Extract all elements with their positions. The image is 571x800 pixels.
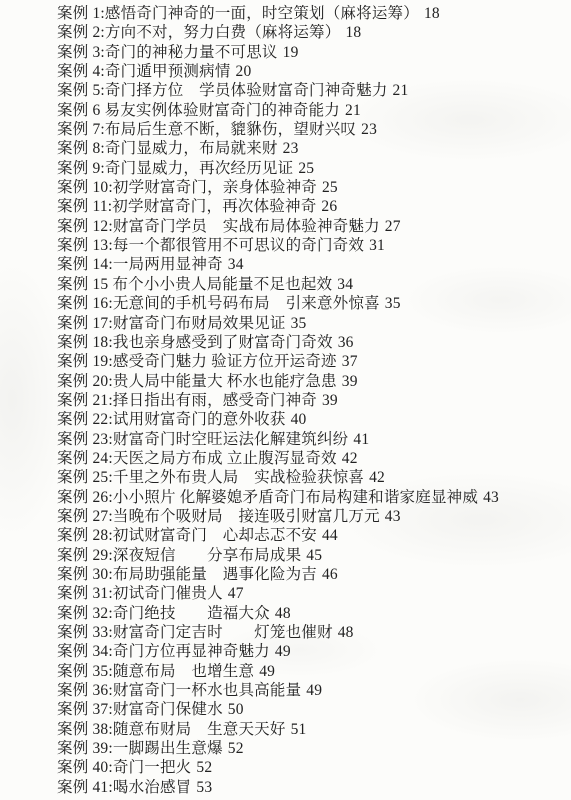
toc-page-number: 34: [337, 276, 353, 293]
toc-entry-label: 案例 37:财富奇门保健水: [57, 701, 223, 718]
toc-entry: 案例 33:财富奇门定吉时 灯笼也催财48: [57, 623, 561, 642]
toc-page-number: 42: [369, 469, 385, 486]
toc-entry-label: 案例 33:财富奇门定吉时 灯笼也催财: [57, 624, 333, 641]
toc-entry: 案例 15 布个小小贵人局能量不足也起效34: [57, 275, 561, 294]
toc-entry-label: 案例 8:奇门显威力，布局就来财: [57, 140, 278, 157]
toc-entry-label: 案例 7:布局后生意不断，貔貅伤，望财兴叹: [57, 121, 356, 138]
toc-entry: 案例 35:随意布局 也增生意49: [57, 662, 561, 681]
toc-entry: 案例 19:感受奇门魅力 验证方位开运奇迹37: [57, 352, 561, 371]
toc-entry: 案例 30:布局助强能量 遇事化险为吉46: [57, 565, 561, 584]
toc-page-number: 41: [353, 431, 369, 448]
toc-entry-label: 案例 6 易友实例体验财富奇门的神奇能力: [57, 102, 340, 119]
toc-entry: 案例 5:奇门择方位 学员体验财富奇门神奇魅力21: [57, 81, 561, 100]
toc-entry: 案例 20:贵人局中能量大 杯水也能疗急患39: [57, 372, 561, 391]
toc-entry: 案例 17:财富奇门布财局效果见证35: [57, 314, 561, 333]
toc-page-number: 48: [338, 624, 354, 641]
toc-entry-label: 案例 16:无意间的手机号码布局 引来意外惊喜: [57, 295, 380, 312]
toc-page-number: 20: [236, 63, 252, 80]
toc-page-number: 25: [298, 160, 314, 177]
toc-entry-label: 案例 34:奇门方位再显神奇魅力: [57, 643, 270, 660]
toc-page-number: 31: [369, 237, 385, 254]
toc-entry: 案例 25:千里之外布贵人局 实战检验获惊喜42: [57, 468, 561, 487]
toc-entry-label: 案例 5:奇门择方位 学员体验财富奇门神奇魅力: [57, 82, 388, 99]
toc-entry: 案例 6 易友实例体验财富奇门的神奇能力21: [57, 101, 561, 120]
toc-page-number: 49: [306, 682, 322, 699]
toc-entry-label: 案例 30:布局助强能量 遇事化险为吉: [57, 566, 317, 583]
toc-page-number: 34: [228, 256, 244, 273]
toc-entry: 案例 38:随意布财局 生意天天好51: [57, 720, 561, 739]
toc-entry-label: 案例 23:财富奇门时空旺运法化解建筑纠纷: [57, 431, 348, 448]
toc-page-number: 40: [291, 411, 307, 428]
toc-entry: 案例 40:奇门一把火52: [57, 758, 561, 777]
toc-page-number: 21: [393, 82, 409, 99]
toc-entry: 案例 26:小小照片 化解婆媳矛盾奇门布局构建和谐家庭显神威43: [57, 488, 561, 507]
toc-entry-label: 案例 17:财富奇门布财局效果见证: [57, 315, 286, 332]
toc-entry-label: 案例 31:初试奇门催贵人: [57, 585, 223, 602]
toc-entry-label: 案例 15 布个小小贵人局能量不足也起效: [57, 276, 332, 293]
toc-page-number: 53: [196, 779, 212, 796]
toc-entry-label: 案例 41:喝水治感冒: [57, 779, 191, 796]
toc-entry: 案例 27:当晚布个吸财局 接连吸引财富几万元43: [57, 507, 561, 526]
toc-entry-label: 案例 14:一局两用显神奇: [57, 256, 223, 273]
toc-entry: 案例 29:深夜短信 分享布局成果45: [57, 546, 561, 565]
toc-entry: 案例 32:奇门绝技 造福大众48: [57, 604, 561, 623]
toc-entry: 案例 7:布局后生意不断，貔貅伤，望财兴叹23: [57, 120, 561, 139]
document-page: 案例 1:感悟奇门神奇的一面，时空策划（麻将运筹）18 案例 2:方向不对，努力…: [0, 0, 571, 800]
toc-entry-label: 案例 20:贵人局中能量大 杯水也能疗急患: [57, 373, 337, 390]
toc-entry-label: 案例 2:方向不对，努力白费（麻将运筹）: [57, 24, 340, 41]
toc-entry-label: 案例 39:一脚踢出生意爆: [57, 740, 223, 757]
toc-entry-label: 案例 1:感悟奇门神奇的一面，时空策划（麻将运筹）: [57, 5, 419, 22]
toc-page-number: 48: [275, 605, 291, 622]
toc-page-number: 18: [424, 5, 440, 22]
toc-entry: 案例 37:财富奇门保健水50: [57, 700, 561, 719]
toc-entry: 案例 10:初学财富奇门，亲身体验神奇25: [57, 178, 561, 197]
toc-entry-label: 案例 13:每一个都很管用不可思议的奇门奇效: [57, 237, 364, 254]
toc-page-number: 46: [322, 566, 338, 583]
toc-entry: 案例 22:试用财富奇门的意外收获40: [57, 410, 561, 429]
toc-page-number: 39: [342, 373, 358, 390]
toc-page-number: 26: [321, 198, 337, 215]
toc-page-number: 19: [283, 44, 299, 61]
toc-page-number: 23: [361, 121, 377, 138]
toc-entry: 案例 24:天医之局方布成 立止腹泻显奇效42: [57, 449, 561, 468]
toc-entry: 案例 1:感悟奇门神奇的一面，时空策划（麻将运筹）18: [57, 4, 561, 23]
toc-entry: 案例 39:一脚踢出生意爆52: [57, 739, 561, 758]
toc-page-number: 37: [342, 353, 358, 370]
toc-entry: 案例 13:每一个都很管用不可思议的奇门奇效31: [57, 236, 561, 255]
toc-page-number: 51: [291, 721, 307, 738]
toc-entry-label: 案例 4:奇门遁甲预测病情: [57, 63, 231, 80]
toc-page-number: 39: [322, 392, 338, 409]
toc-page-number: 36: [338, 334, 354, 351]
toc-entry-label: 案例 19:感受奇门魅力 验证方位开运奇迹: [57, 353, 337, 370]
toc-entry-label: 案例 11:初学财富奇门，再次体验神奇: [57, 198, 316, 215]
toc-entry: 案例 41:喝水治感冒53: [57, 778, 561, 797]
toc-entry: 案例 2:方向不对，努力白费（麻将运筹）18: [57, 23, 561, 42]
toc-entry-label: 案例 32:奇门绝技 造福大众: [57, 605, 270, 622]
toc-entry-label: 案例 25:千里之外布贵人局 实战检验获惊喜: [57, 469, 364, 486]
toc-entry: 案例 12:财富奇门学员 实战布局体验神奇魅力27: [57, 217, 561, 236]
toc-entry-label: 案例 9:奇门显威力，再次经历见证: [57, 160, 293, 177]
toc-page-number: 49: [275, 643, 291, 660]
toc-entry-label: 案例 24:天医之局方布成 立止腹泻显奇效: [57, 450, 337, 467]
toc-page-number: 52: [228, 740, 244, 757]
toc-entry-label: 案例 12:财富奇门学员 实战布局体验神奇魅力: [57, 218, 380, 235]
toc-entry-label: 案例 40:奇门一把火: [57, 759, 191, 776]
toc-page-number: 44: [322, 527, 338, 544]
toc-page-number: 49: [259, 663, 275, 680]
toc-page-number: 42: [342, 450, 358, 467]
toc-page-number: 35: [385, 295, 401, 312]
toc-entry: 案例 9:奇门显威力，再次经历见证25: [57, 159, 561, 178]
toc-page-number: 27: [385, 218, 401, 235]
toc-entry-label: 案例 22:试用财富奇门的意外收获: [57, 411, 286, 428]
toc-page-number: 50: [228, 701, 244, 718]
toc-entry: 案例 16:无意间的手机号码布局 引来意外惊喜35: [57, 294, 561, 313]
toc-entry: 案例 18:我也亲身感受到了财富奇门奇效36: [57, 333, 561, 352]
toc-page-number: 45: [306, 547, 322, 564]
toc-page-number: 21: [345, 102, 361, 119]
toc-entry-label: 案例 10:初学财富奇门，亲身体验神奇: [57, 179, 317, 196]
toc-entry-label: 案例 18:我也亲身感受到了财富奇门奇效: [57, 334, 333, 351]
toc-page-number: 25: [322, 179, 338, 196]
toc-entry-label: 案例 28:初试财富奇门 心却忐忑不安: [57, 527, 317, 544]
toc-entry-label: 案例 3:奇门的神秘力量不可思议: [57, 44, 278, 61]
toc-entry: 案例 31:初试奇门催贵人47: [57, 584, 561, 603]
toc-page-number: 43: [385, 508, 401, 525]
toc-entry-label: 案例 36:财富奇门一杯水也具高能量: [57, 682, 301, 699]
toc-page-number: 35: [291, 315, 307, 332]
toc-page-number: 18: [345, 24, 361, 41]
toc-entry: 案例 23:财富奇门时空旺运法化解建筑纠纷41: [57, 430, 561, 449]
toc-entry: 案例 21:择日指出有雨，感受奇门神奇39: [57, 391, 561, 410]
toc-entry: 案例 14:一局两用显神奇34: [57, 255, 561, 274]
toc-entry-label: 案例 29:深夜短信 分享布局成果: [57, 547, 301, 564]
toc-page-number: 52: [196, 759, 212, 776]
toc-entry: 案例 11:初学财富奇门，再次体验神奇26: [57, 197, 561, 216]
toc-entry: 案例 28:初试财富奇门 心却忐忑不安44: [57, 526, 561, 545]
toc-page-number: 23: [283, 140, 299, 157]
toc-entry: 案例 3:奇门的神秘力量不可思议19: [57, 43, 561, 62]
table-of-contents: 案例 1:感悟奇门神奇的一面，时空策划（麻将运筹）18 案例 2:方向不对，努力…: [57, 4, 561, 797]
toc-entry-label: 案例 26:小小照片 化解婆媳矛盾奇门布局构建和谐家庭显神威: [57, 489, 478, 506]
toc-entry-label: 案例 21:择日指出有雨，感受奇门神奇: [57, 392, 317, 409]
toc-entry-label: 案例 38:随意布财局 生意天天好: [57, 721, 286, 738]
toc-entry-label: 案例 35:随意布局 也增生意: [57, 663, 254, 680]
toc-entry: 案例 34:奇门方位再显神奇魅力49: [57, 642, 561, 661]
toc-entry-label: 案例 27:当晚布个吸财局 接连吸引财富几万元: [57, 508, 380, 525]
toc-page-number: 47: [228, 585, 244, 602]
toc-page-number: 43: [483, 489, 499, 506]
toc-entry: 案例 36:财富奇门一杯水也具高能量49: [57, 681, 561, 700]
toc-entry: 案例 4:奇门遁甲预测病情20: [57, 62, 561, 81]
toc-entry: 案例 8:奇门显威力，布局就来财23: [57, 139, 561, 158]
